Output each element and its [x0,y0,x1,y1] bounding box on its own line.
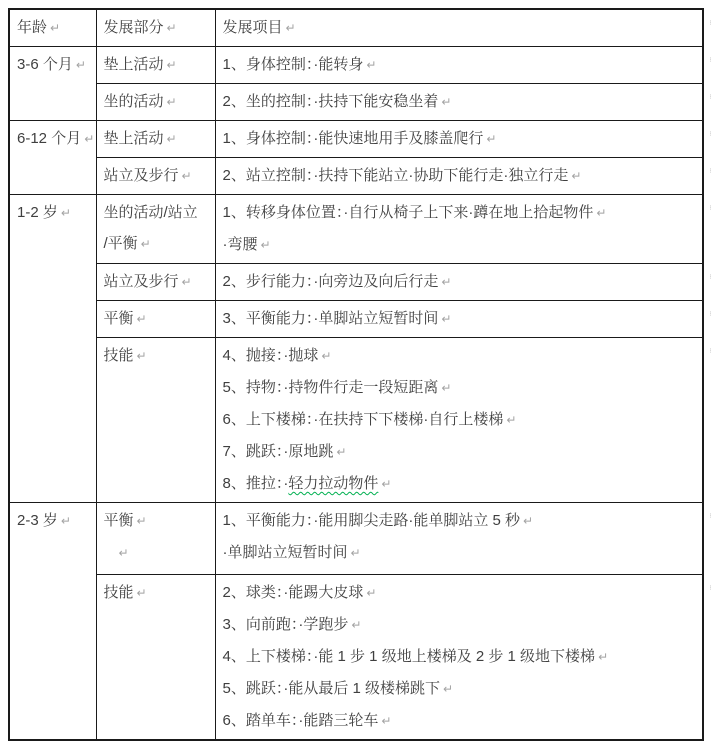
table-row: 技能↵ 4、抛接：·抛球↵ 5、持物：·持物件行走一段短距离↵ 6、上下楼梯：·… [9,338,703,503]
items-cell[interactable]: 2、站立控制：·扶持下能站立·协助下能行走·独立行走↵ ¤ [215,158,703,195]
items-cell[interactable]: 2、坐的控制：·扶持下能安稳坐着↵ ¤ [215,84,703,121]
line-break-mark: ↵ [61,206,71,220]
age-cell[interactable]: 1-2 岁↵ [9,195,96,503]
table-row: 站立及步行↵ 2、站立控制：·扶持下能站立·协助下能行走·独立行走↵ ¤ [9,158,703,195]
item-text: ·弯腰 [223,236,258,253]
line-break-mark: ↵ [261,238,271,252]
item-text: ·单脚站立短暂时间 [223,544,348,561]
items-cell[interactable]: 1、转移身体位置：·自行从椅子上下来·蹲在地上拾起物件↵ ·弯腰↵ ¤ [215,195,703,264]
line-break-mark: ↵ [571,169,581,183]
item-text: 5、持物：·持物件行走一段短距离 [223,379,439,396]
line-break-mark: ↵ [441,312,451,326]
age-label: 2-3 岁 [17,512,58,529]
item-text: 2、球类：·能踢大皮球 [223,584,364,601]
part-label: 技能 [104,347,134,364]
line-break-mark: ↵ [286,21,296,35]
line-break-mark: ↵ [137,349,147,363]
table-row: 2-3 岁↵ 平衡↵ ↵ 1、平衡能力：·能用脚尖走路·能单脚站立 5 秒↵ ·… [9,503,703,575]
item-text: 7、跳跃：·原地跳 [223,443,334,460]
development-milestones-table: 年龄↵ 发展部分↵ 发展项目↵ ¤ 3-6 个月↵ 垫上活动↵ 1、身体控制：·… [8,8,704,711]
line-break-mark: ↵ [366,586,376,600]
item-text: 1、身体控制：·能快速地用手及膝盖爬行 [223,130,484,147]
item-text: 2、站立控制：·扶持下能站立·协助下能行走·独立行走 [223,167,569,184]
line-break-mark: ↵ [443,682,453,696]
part-cell[interactable]: 坐的活动/站立 /平衡↵ [96,195,215,264]
header-cell-part[interactable]: 发展部分↵ [96,9,215,47]
line-break-mark: ↵ [182,169,192,183]
header-cell-items[interactable]: 发展项目↵ ¤ [215,9,703,47]
item-text: 1、身体控制：·能转身 [223,56,364,73]
line-break-mark: ↵ [523,514,533,528]
part-cell[interactable]: 站立及步行↵ [96,264,215,301]
age-label: 3-6 个月 [17,56,73,73]
line-break-mark: ↵ [167,21,177,35]
part-label: 站立及步行 [104,167,179,184]
line-break-mark: ↵ [441,381,451,395]
line-break-mark: ↵ [137,586,147,600]
item-text: 1、平衡能力：·能用脚尖走路·能单脚站立 5 秒 [223,512,521,529]
line-break-mark: ↵ [119,546,129,560]
item-text: 5、跳跃：·能从最后 1 级楼梯跳下 [223,680,441,697]
part-label: 坐的活动 [104,93,164,110]
part-cell[interactable]: 平衡↵ [96,301,215,338]
column-title: 发展项目 [223,19,283,36]
line-break-mark: ↵ [167,58,177,72]
grammar-check-underlined-text: 轻力拉动物件 [288,475,378,492]
table-row: 站立及步行↵ 2、步行能力：·向旁边及向后行走↵ ¤ [9,264,703,301]
line-break-mark: ↵ [598,650,608,664]
part-cell[interactable]: 垫上活动↵ [96,121,215,158]
table-row: 技能↵ 2、球类：·能踢大皮球↵ 3、向前跑：·学跑步↵ 4、上下楼梯：·能 1… [9,575,703,712]
line-break-mark: ↵ [76,58,86,72]
part-label: 垫上活动 [104,130,164,147]
line-break-mark: ↵ [351,618,361,632]
line-break-mark: ↵ [61,514,71,528]
part-label: 垫上活动 [104,56,164,73]
items-cell[interactable]: 4、抛接：·抛球↵ 5、持物：·持物件行走一段短距离↵ 6、上下楼梯：·在扶持下… [215,338,703,503]
line-break-mark: ↵ [137,312,147,326]
item-text: 4、上下楼梯：·能 1 步 1 级地上楼梯及 2 步 1 级地下楼梯 [223,648,596,665]
part-cell[interactable]: 技能↵ [96,338,215,503]
item-text: 1、转移身体位置：·自行从椅子上下来·蹲在地上拾起物件 [223,204,594,221]
line-break-mark: ↵ [381,477,391,491]
age-cell[interactable]: 2-3 岁↵ [9,503,96,712]
table-row: 3-6 个月↵ 垫上活动↵ 1、身体控制：·能转身↵ ¤ [9,47,703,84]
item-text: 2、坐的控制：·扶持下能安稳坐着 [223,93,439,110]
line-break-mark: ↵ [167,132,177,146]
line-break-mark: ↵ [167,95,177,109]
table-row: 6-12 个月↵ 垫上活动↵ 1、身体控制：·能快速地用手及膝盖爬行↵ ¤ [9,121,703,158]
part-cell[interactable]: 坐的活动↵ [96,84,215,121]
line-break-mark: ↵ [336,445,346,459]
items-cell[interactable]: 2、球类：·能踢大皮球↵ 3、向前跑：·学跑步↵ 4、上下楼梯：·能 1 步 1… [215,575,703,712]
item-text: 3、向前跑：·学跑步 [223,616,349,633]
part-cell[interactable]: 站立及步行↵ [96,158,215,195]
line-break-mark: ↵ [506,413,516,427]
line-break-mark: ↵ [441,275,451,289]
header-cell-age[interactable]: 年龄↵ [9,9,96,47]
line-break-mark: ↵ [182,275,192,289]
part-label: 平衡 [104,512,134,529]
table-row: 1-2 岁↵ 坐的活动/站立 /平衡↵ 1、转移身体位置：·自行从椅子上下来·蹲… [9,195,703,264]
item-text: 4、抛接：·抛球 [223,347,319,364]
part-label: 坐的活动/站立 [104,204,198,221]
part-cell[interactable]: 垫上活动↵ [96,47,215,84]
items-cell[interactable]: 1、身体控制：·能快速地用手及膝盖爬行↵ ¤ [215,121,703,158]
document-page: 年龄↵ 发展部分↵ 发展项目↵ ¤ 3-6 个月↵ 垫上活动↵ 1、身体控制：·… [8,8,704,711]
line-break-mark: ↵ [366,58,376,72]
part-label: 技能 [104,584,134,601]
line-break-mark: ↵ [596,206,606,220]
part-cell[interactable]: 平衡↵ ↵ [96,503,215,575]
column-title: 年龄 [17,19,47,36]
header-row: 年龄↵ 发展部分↵ 发展项目↵ ¤ [9,9,703,47]
age-cell[interactable]: 6-12 个月↵ [9,121,96,195]
line-break-mark: ↵ [137,514,147,528]
line-break-mark: ↵ [351,546,361,560]
item-text: 8、推拉：· [223,475,289,492]
age-cell[interactable]: 3-6 个月↵ [9,47,96,121]
part-label: 平衡 [104,310,134,327]
item-text: 6、上下楼梯：·在扶持下下楼梯·自行上楼梯 [223,411,504,428]
items-cell[interactable]: 1、平衡能力：·能用脚尖走路·能单脚站立 5 秒↵ ·单脚站立短暂时间↵ ¤ [215,503,703,575]
part-label: /平衡 [104,235,138,252]
part-cell[interactable]: 技能↵ [96,575,215,712]
table-row: 坐的活动↵ 2、坐的控制：·扶持下能安稳坐着↵ ¤ [9,84,703,121]
column-title: 发展部分 [104,19,164,36]
table-row: 平衡↵ 3、平衡能力：·单脚站立短暂时间↵ ¤ [9,301,703,338]
line-break-mark: ↵ [84,132,94,146]
item-text: 2、步行能力：·向旁边及向后行走 [223,273,439,290]
items-cell[interactable]: 1、身体控制：·能转身↵ ¤ [215,47,703,84]
part-label: 站立及步行 [104,273,179,290]
line-break-mark: ↵ [486,132,496,146]
line-break-mark: ↵ [321,349,331,363]
line-break-mark: ↵ [50,21,60,35]
age-label: 6-12 个月 [17,130,81,147]
item-text: 3、平衡能力：·单脚站立短暂时间 [223,310,439,327]
age-label: 1-2 岁 [17,204,58,221]
items-cell[interactable]: 3、平衡能力：·单脚站立短暂时间↵ ¤ [215,301,703,338]
line-break-mark: ↵ [441,95,451,109]
items-cell[interactable]: 2、步行能力：·向旁边及向后行走↵ ¤ [215,264,703,301]
line-break-mark: ↵ [141,237,151,251]
